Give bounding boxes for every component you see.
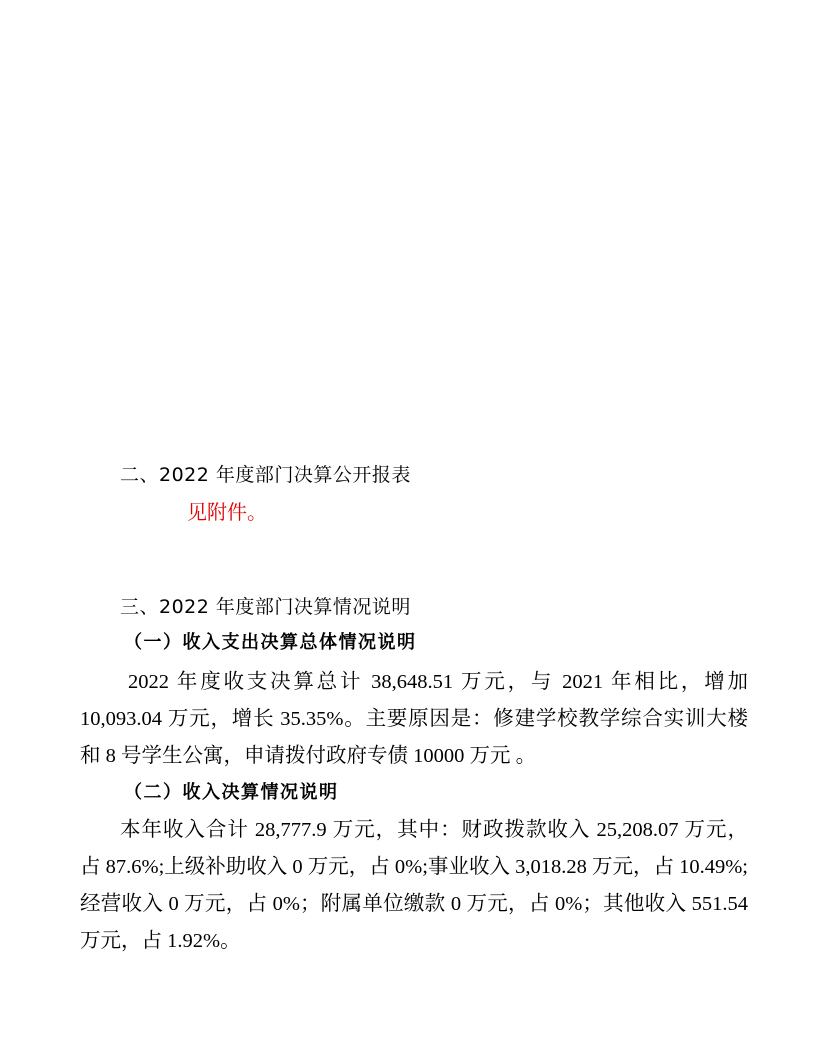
subsection-2-heading: （二）收入决算情况说明 <box>124 784 339 802</box>
paragraph-2-line-2: 占 87.6%;上级补助收入 0 万元，占 0%;事业收入 3,018.28 万… <box>80 857 748 878</box>
document-page: 二、2022 年度部门决算公开报表 见附件。 三、2022 年度部门决算情况说明… <box>0 0 816 1056</box>
section-2-heading: 二、2022 年度部门决算公开报表 <box>120 466 411 485</box>
attachment-note: 见附件。 <box>187 502 267 522</box>
subsection-1-heading: （一）收入支出决算总体情况说明 <box>124 634 417 652</box>
paragraph-1-line-3: 和 8 号学生公寓，申请拨付政府专债 10000 万元 。 <box>80 746 536 767</box>
paragraph-2-line-3: 经营收入 0 万元，占 0%；附属单位缴款 0 万元，占 0%；其他收入 551… <box>80 894 748 915</box>
paragraph-1-line-2: 10,093.04 万元，增长 35.35%。主要原因是：修建学校教学综合实训大… <box>80 709 748 730</box>
section-3-heading: 三、2022 年度部门决算情况说明 <box>120 598 411 617</box>
paragraph-1-line-1: 2022 年度收支决算总计 38,648.51 万元，与 2021 年相比，增加 <box>128 672 748 693</box>
paragraph-2-line-1: 本年收入合计 28,777.9 万元，其中：财政拨款收入 25,208.07 万… <box>120 820 748 841</box>
paragraph-2-line-4: 万元，占 1.92%。 <box>80 931 241 952</box>
